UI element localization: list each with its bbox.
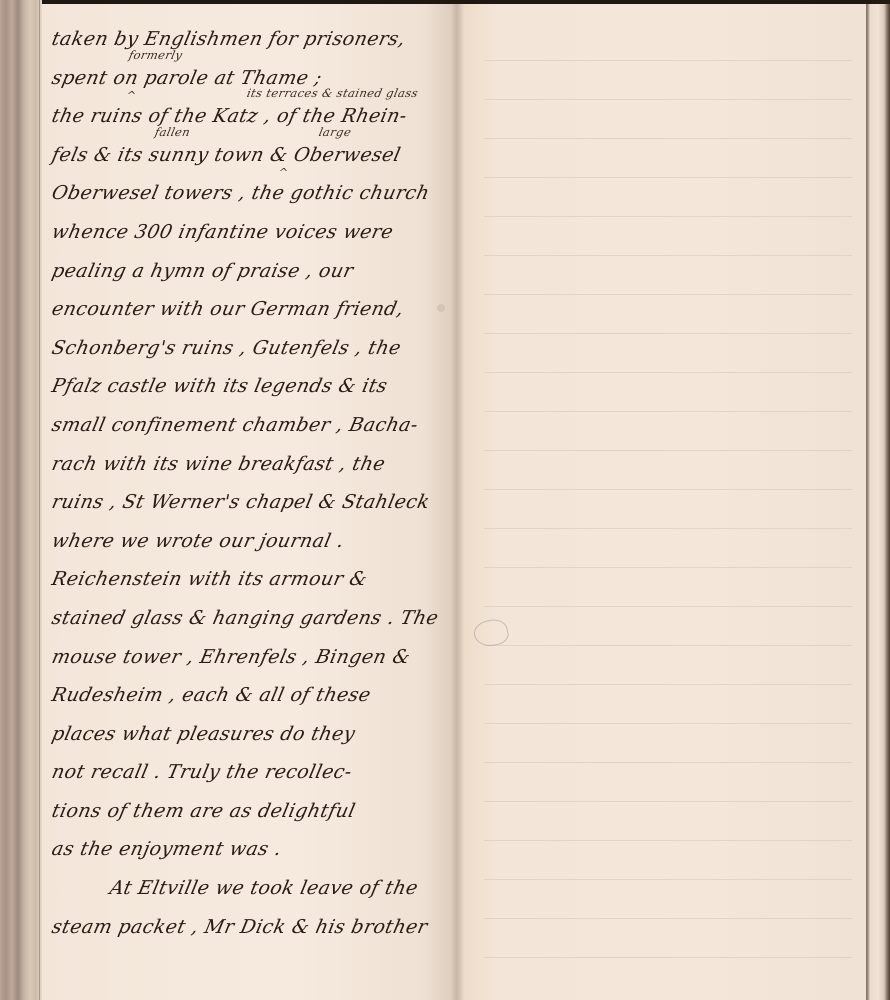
text-line: not recall . Truly the recollec- — [48, 753, 456, 792]
ruled-line — [484, 489, 852, 490]
ruled-line — [484, 645, 852, 646]
interlinear-insertion: fallen — [154, 126, 192, 138]
ruled-line — [484, 177, 852, 178]
ruled-line — [484, 60, 852, 61]
text-line: taken by Englishmen for prisoners, — [48, 20, 456, 59]
ruled-line — [484, 294, 852, 295]
line-text: tions of them are as delightful — [50, 800, 358, 822]
text-line: Rudesheim , each & all of these — [48, 676, 456, 715]
text-line: stained glass & hanging gardens . The — [48, 599, 456, 638]
line-text: pealing a hymn of praise , our — [50, 260, 356, 282]
text-line: encounter with our German friend, — [48, 290, 456, 329]
ruled-line — [484, 372, 852, 373]
text-line: Oberwesel towers , the gothic church — [48, 174, 456, 213]
text-line: as the enjoyment was . — [48, 830, 456, 869]
text-line: Pfalz castle with its legends & its — [48, 367, 456, 406]
text-line: whence 300 infantine voices were — [48, 213, 456, 252]
line-text: Reichenstein with its armour & — [50, 568, 370, 590]
ruled-line — [484, 99, 852, 100]
ruled-line — [484, 216, 852, 217]
line-text: mouse tower , Ehrenfels , Bingen & — [50, 646, 413, 668]
ruled-line — [484, 957, 852, 958]
ruled-line — [484, 528, 852, 529]
line-text: steam packet , Mr Dick & his brother — [50, 916, 430, 938]
text-line: ruins , St Werner's chapel & Stahleck — [48, 483, 456, 522]
ruled-line — [484, 333, 852, 334]
text-line: its terraces & stained glass the ruins o… — [48, 97, 456, 136]
ruled-line — [484, 840, 852, 841]
ruled-line — [484, 762, 852, 763]
text-line: where we wrote our journal . — [48, 522, 456, 561]
text-line: small confinement chamber , Bacha- — [48, 406, 456, 445]
right-page — [464, 4, 866, 1000]
text-line: places what pleasures do they — [48, 715, 456, 754]
line-text: Schonberg's ruins , Gutenfels , the — [50, 337, 403, 359]
line-text: Oberwesel towers , the gothic church — [50, 182, 432, 204]
interlinear-insertion: large — [318, 126, 353, 138]
text-line: tions of them are as delightful — [48, 792, 456, 831]
text-line: Reichenstein with its armour & — [48, 560, 456, 599]
handwritten-text: taken by Englishmen for prisoners, forme… — [48, 20, 448, 946]
line-text: as the enjoyment was . — [50, 838, 284, 860]
ruled-line — [484, 723, 852, 724]
line-text: places what pleasures do they — [50, 723, 357, 745]
text-line: mouse tower , Ehrenfels , Bingen & — [48, 638, 456, 677]
line-text: fels & its sunny town & Oberwesel — [50, 144, 403, 166]
ruled-line — [484, 255, 852, 256]
ruled-line — [484, 684, 852, 685]
text-line: Schonberg's ruins , Gutenfels , the — [48, 329, 456, 368]
ruled-line — [484, 450, 852, 451]
line-text: encounter with our German friend, — [50, 298, 406, 320]
ruled-line — [484, 567, 852, 568]
text-line: rach with its wine breakfast , the — [48, 445, 456, 484]
right-page-stack-edge — [866, 4, 890, 1000]
interlinear-insertion: formerly — [128, 49, 184, 61]
line-text: Rudesheim , each & all of these — [50, 684, 373, 706]
text-line: steam packet , Mr Dick & his brother — [48, 908, 456, 947]
line-text: where we wrote our journal . — [50, 530, 346, 552]
line-text: not recall . Truly the recollec- — [50, 761, 354, 783]
line-text: whence 300 infantine voices were — [50, 221, 396, 243]
line-text: small confinement chamber , Bacha- — [50, 414, 420, 436]
ruled-line — [484, 801, 852, 802]
text-line: fallen large ^ fels & its sunny town & O… — [48, 136, 456, 175]
line-text: rach with its wine breakfast , the — [50, 453, 388, 475]
text-line: pealing a hymn of praise , our — [48, 252, 456, 291]
text-line: At Eltville we took leave of the — [48, 869, 456, 908]
line-text: ruins , St Werner's chapel & Stahleck — [50, 491, 432, 513]
ruled-line — [484, 879, 852, 880]
ruled-line — [484, 138, 852, 139]
line-text: stained glass & hanging gardens . The — [50, 607, 441, 629]
line-text: Pfalz castle with its legends & its — [50, 375, 390, 397]
left-page-stack-edge — [0, 0, 42, 1000]
open-journal: taken by Englishmen for prisoners, forme… — [0, 0, 890, 1000]
interlinear-insertion: its terraces & stained glass — [246, 87, 420, 99]
ruled-line — [484, 918, 852, 919]
line-text: At Eltville we took leave of the — [108, 877, 420, 899]
ruled-line — [484, 411, 852, 412]
line-text: the ruins of the Katz , of the Rhein- — [50, 105, 409, 127]
line-text: taken by Englishmen for prisoners, — [50, 28, 408, 50]
ruled-line — [484, 606, 852, 607]
